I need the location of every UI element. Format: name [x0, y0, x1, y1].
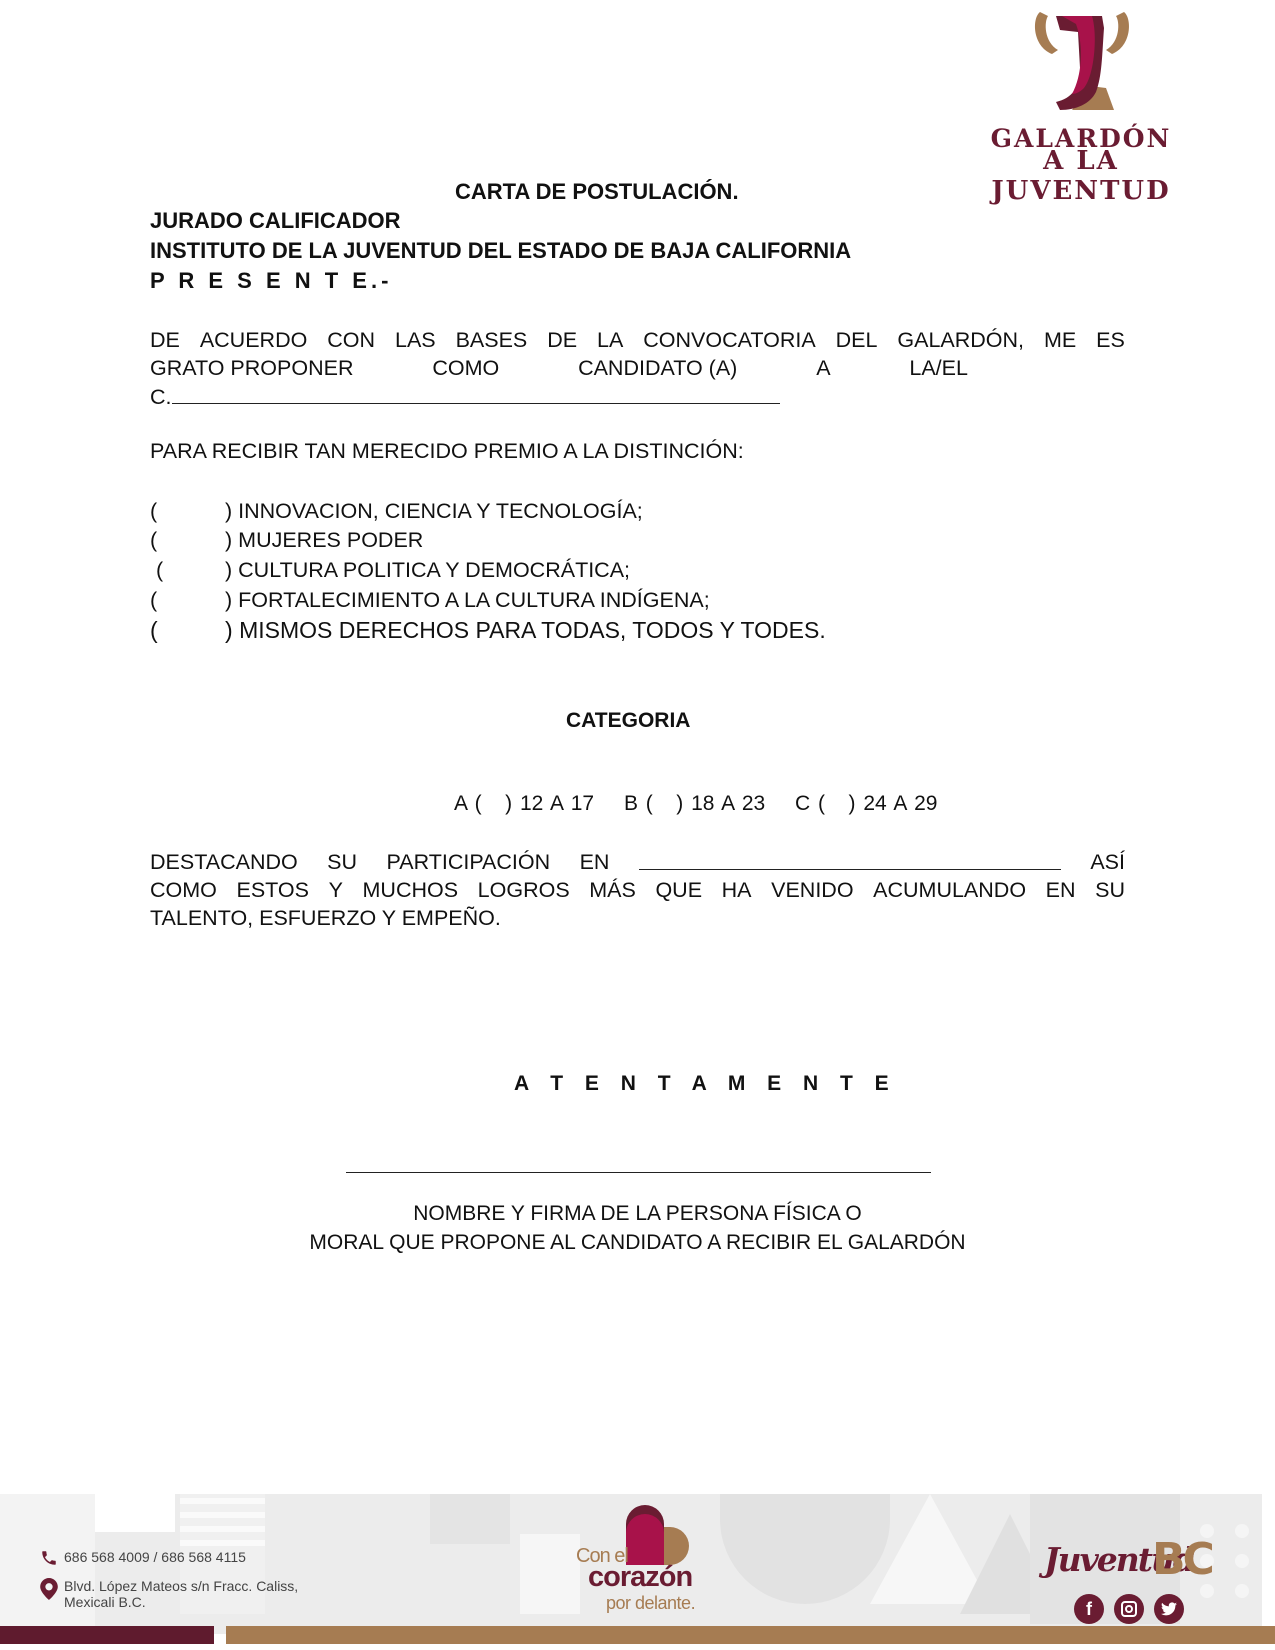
address-line-1: Blvd. López Mateos s/n Fracc. Caliss, — [40, 1578, 298, 1594]
word: COMO — [432, 354, 499, 382]
footer-address: Blvd. López Mateos s/n Fracc. Caliss, Me… — [40, 1578, 298, 1610]
checkbox-close: ) — [225, 588, 232, 612]
galardon-logo: GALARDÓN A LA JUVENTUD — [950, 6, 1212, 174]
checkbox-close: ) — [225, 528, 232, 552]
logo-title-line2: A LA JUVENTUD — [950, 146, 1212, 206]
word: LA/EL — [909, 354, 968, 382]
slogan-line-2: corazón — [588, 1561, 692, 1594]
word: QUE — [655, 876, 702, 904]
checkbox-open[interactable]: ( — [150, 556, 225, 584]
recipient-line-3: P R E S E N T E.- — [150, 268, 392, 294]
instagram-glyph-icon — [1121, 1601, 1137, 1617]
distinction-label: CULTURA POLITICA Y DEMOCRÁTICA; — [238, 558, 630, 582]
instagram-icon[interactable] — [1114, 1594, 1144, 1624]
distinction-option[interactable]: () MUJERES PODER — [150, 526, 423, 554]
checkbox-close: ) — [225, 499, 232, 523]
word: VENIDO — [771, 876, 853, 904]
word: GALARDÓN, — [897, 326, 1024, 354]
distinction-label: MISMOS DERECHOS PARA TODAS, TODOS Y TODE… — [239, 617, 826, 643]
footer-phone: 686 568 4009 / 686 568 4115 — [40, 1549, 246, 1565]
category-heading: CATEGORIA — [566, 708, 690, 734]
word: DE — [150, 326, 180, 354]
checkbox-open[interactable]: ( — [150, 586, 225, 614]
word: DE — [547, 326, 577, 354]
word: ACUMULANDO — [873, 876, 1026, 904]
distinction-label: FORTALECIMIENTO A LA CULTURA INDÍGENA; — [238, 588, 710, 612]
category-option-c[interactable]: C ( ) 24 A 29 — [795, 792, 937, 815]
intro-line-3: C. — [150, 382, 1125, 411]
category-option-a[interactable]: A ( ) 12 A 17 — [454, 792, 594, 815]
candidate-prefix: C. — [150, 385, 172, 409]
intro-line-2: GRATO PROPONER COMO CANDIDATO (A) A LA/E… — [150, 354, 968, 382]
recipient-line-2: INSTITUTO DE LA JUVENTUD DEL ESTADO DE B… — [150, 238, 851, 264]
corazon-logo: Con el corazón por delante. — [574, 1505, 734, 1615]
brand-bc: BC — [1152, 1534, 1212, 1585]
closing-line-2: COMO ESTOS Y MUCHOS LOGROS MÁS QUE HA VE… — [150, 876, 1125, 904]
footer-bar-gold — [226, 1626, 1275, 1644]
intro-paragraph: DE ACUERDO CON LAS BASES DE LA CONVOCATO… — [150, 326, 1125, 411]
closing-paragraph: DESTACANDO SU PARTICIPACIÓN EN ASÍ COMO … — [150, 848, 1125, 932]
twitter-bird-icon — [1161, 1602, 1177, 1616]
word: SU — [1095, 876, 1125, 904]
phone-icon — [40, 1549, 58, 1567]
word: ASÍ — [1090, 848, 1125, 876]
word: Y — [329, 876, 343, 904]
distinction-label: MUJERES PODER — [238, 528, 423, 552]
participation-field[interactable] — [639, 848, 1061, 870]
word: DEL — [836, 326, 878, 354]
signature-label-line-1: NOMBRE Y FIRMA DE LA PERSONA FÍSICA O — [0, 1200, 1275, 1228]
word: MUCHOS — [363, 876, 459, 904]
word: SU — [327, 848, 357, 876]
distinction-option[interactable]: () FORTALECIMIENTO A LA CULTURA INDÍGENA… — [150, 586, 710, 614]
distinction-option[interactable]: () CULTURA POLITICA Y DEMOCRÁTICA; — [150, 556, 630, 584]
word: EN — [1046, 876, 1076, 904]
intro-line-1: DE ACUERDO CON LAS BASES DE LA CONVOCATO… — [150, 326, 1125, 354]
address-line-2: Mexicali B.C. — [40, 1594, 298, 1610]
distinction-option[interactable]: () INNOVACION, CIENCIA Y TECNOLOGÍA; — [150, 497, 643, 525]
distinction-option[interactable]: () MISMOS DERECHOS PARA TODAS, TODOS Y T… — [150, 616, 826, 644]
word: LAS — [395, 326, 436, 354]
signature-label-line-2: MORAL QUE PROPONE AL CANDIDATO A RECIBIR… — [0, 1229, 1275, 1257]
heart-shapes-icon — [626, 1505, 696, 1565]
document-title: CARTA DE POSTULACIÓN. — [455, 179, 739, 205]
word: COMO — [150, 876, 217, 904]
slogan-line-3: por delante. — [606, 1593, 695, 1614]
word: A — [816, 354, 830, 382]
distinction-label: INNOVACION, CIENCIA Y TECNOLOGÍA; — [238, 499, 643, 523]
category-options: A ( ) 12 A 17 B ( ) 18 A 23 C ( ) 24 A 2… — [454, 792, 959, 816]
signature-line[interactable] — [346, 1172, 931, 1173]
word: LA — [597, 326, 623, 354]
checkbox-open[interactable]: ( — [150, 497, 225, 525]
category-option-b[interactable]: B ( ) 18 A 23 — [624, 792, 765, 815]
word: ME — [1044, 326, 1076, 354]
word: PARTICIPACIÓN — [386, 848, 550, 876]
word: ACUERDO — [200, 326, 308, 354]
recipient-line-1: JURADO CALIFICADOR — [150, 208, 401, 234]
closing-line-3: TALENTO, ESFUERZO Y EMPEÑO. — [150, 904, 1125, 932]
sign-off: A T E N T A M E N T E — [514, 1071, 897, 1097]
facebook-icon[interactable]: f — [1074, 1594, 1104, 1624]
checkbox-open[interactable]: ( — [150, 616, 225, 644]
word: CONVOCATORIA — [643, 326, 815, 354]
phone-numbers: 686 568 4009 / 686 568 4115 — [40, 1549, 246, 1565]
distinction-intro: PARA RECIBIR TAN MERECIDO PREMIO A LA DI… — [150, 438, 744, 464]
word: MÁS — [589, 876, 636, 904]
checkbox-close: ) — [225, 617, 233, 643]
candidate-name-field[interactable] — [172, 382, 780, 404]
word: DESTACANDO — [150, 848, 298, 876]
twitter-icon[interactable] — [1154, 1594, 1184, 1624]
word: GRATO PROPONER — [150, 354, 353, 382]
closing-line-1: DESTACANDO SU PARTICIPACIÓN EN ASÍ — [150, 848, 1125, 876]
checkbox-open[interactable]: ( — [150, 526, 225, 554]
word: BASES — [456, 326, 528, 354]
word: HA — [722, 876, 752, 904]
word: CON — [327, 326, 375, 354]
checkbox-close: ) — [225, 558, 232, 582]
word: CANDIDATO (A) — [578, 354, 737, 382]
word: LOGROS — [478, 876, 570, 904]
word: ES — [1096, 326, 1125, 354]
footer-bar-maroon — [0, 1626, 214, 1644]
location-pin-icon — [40, 1578, 58, 1600]
trophy-icon — [1032, 6, 1132, 116]
word: ESTOS — [236, 876, 309, 904]
word: EN — [580, 848, 610, 876]
